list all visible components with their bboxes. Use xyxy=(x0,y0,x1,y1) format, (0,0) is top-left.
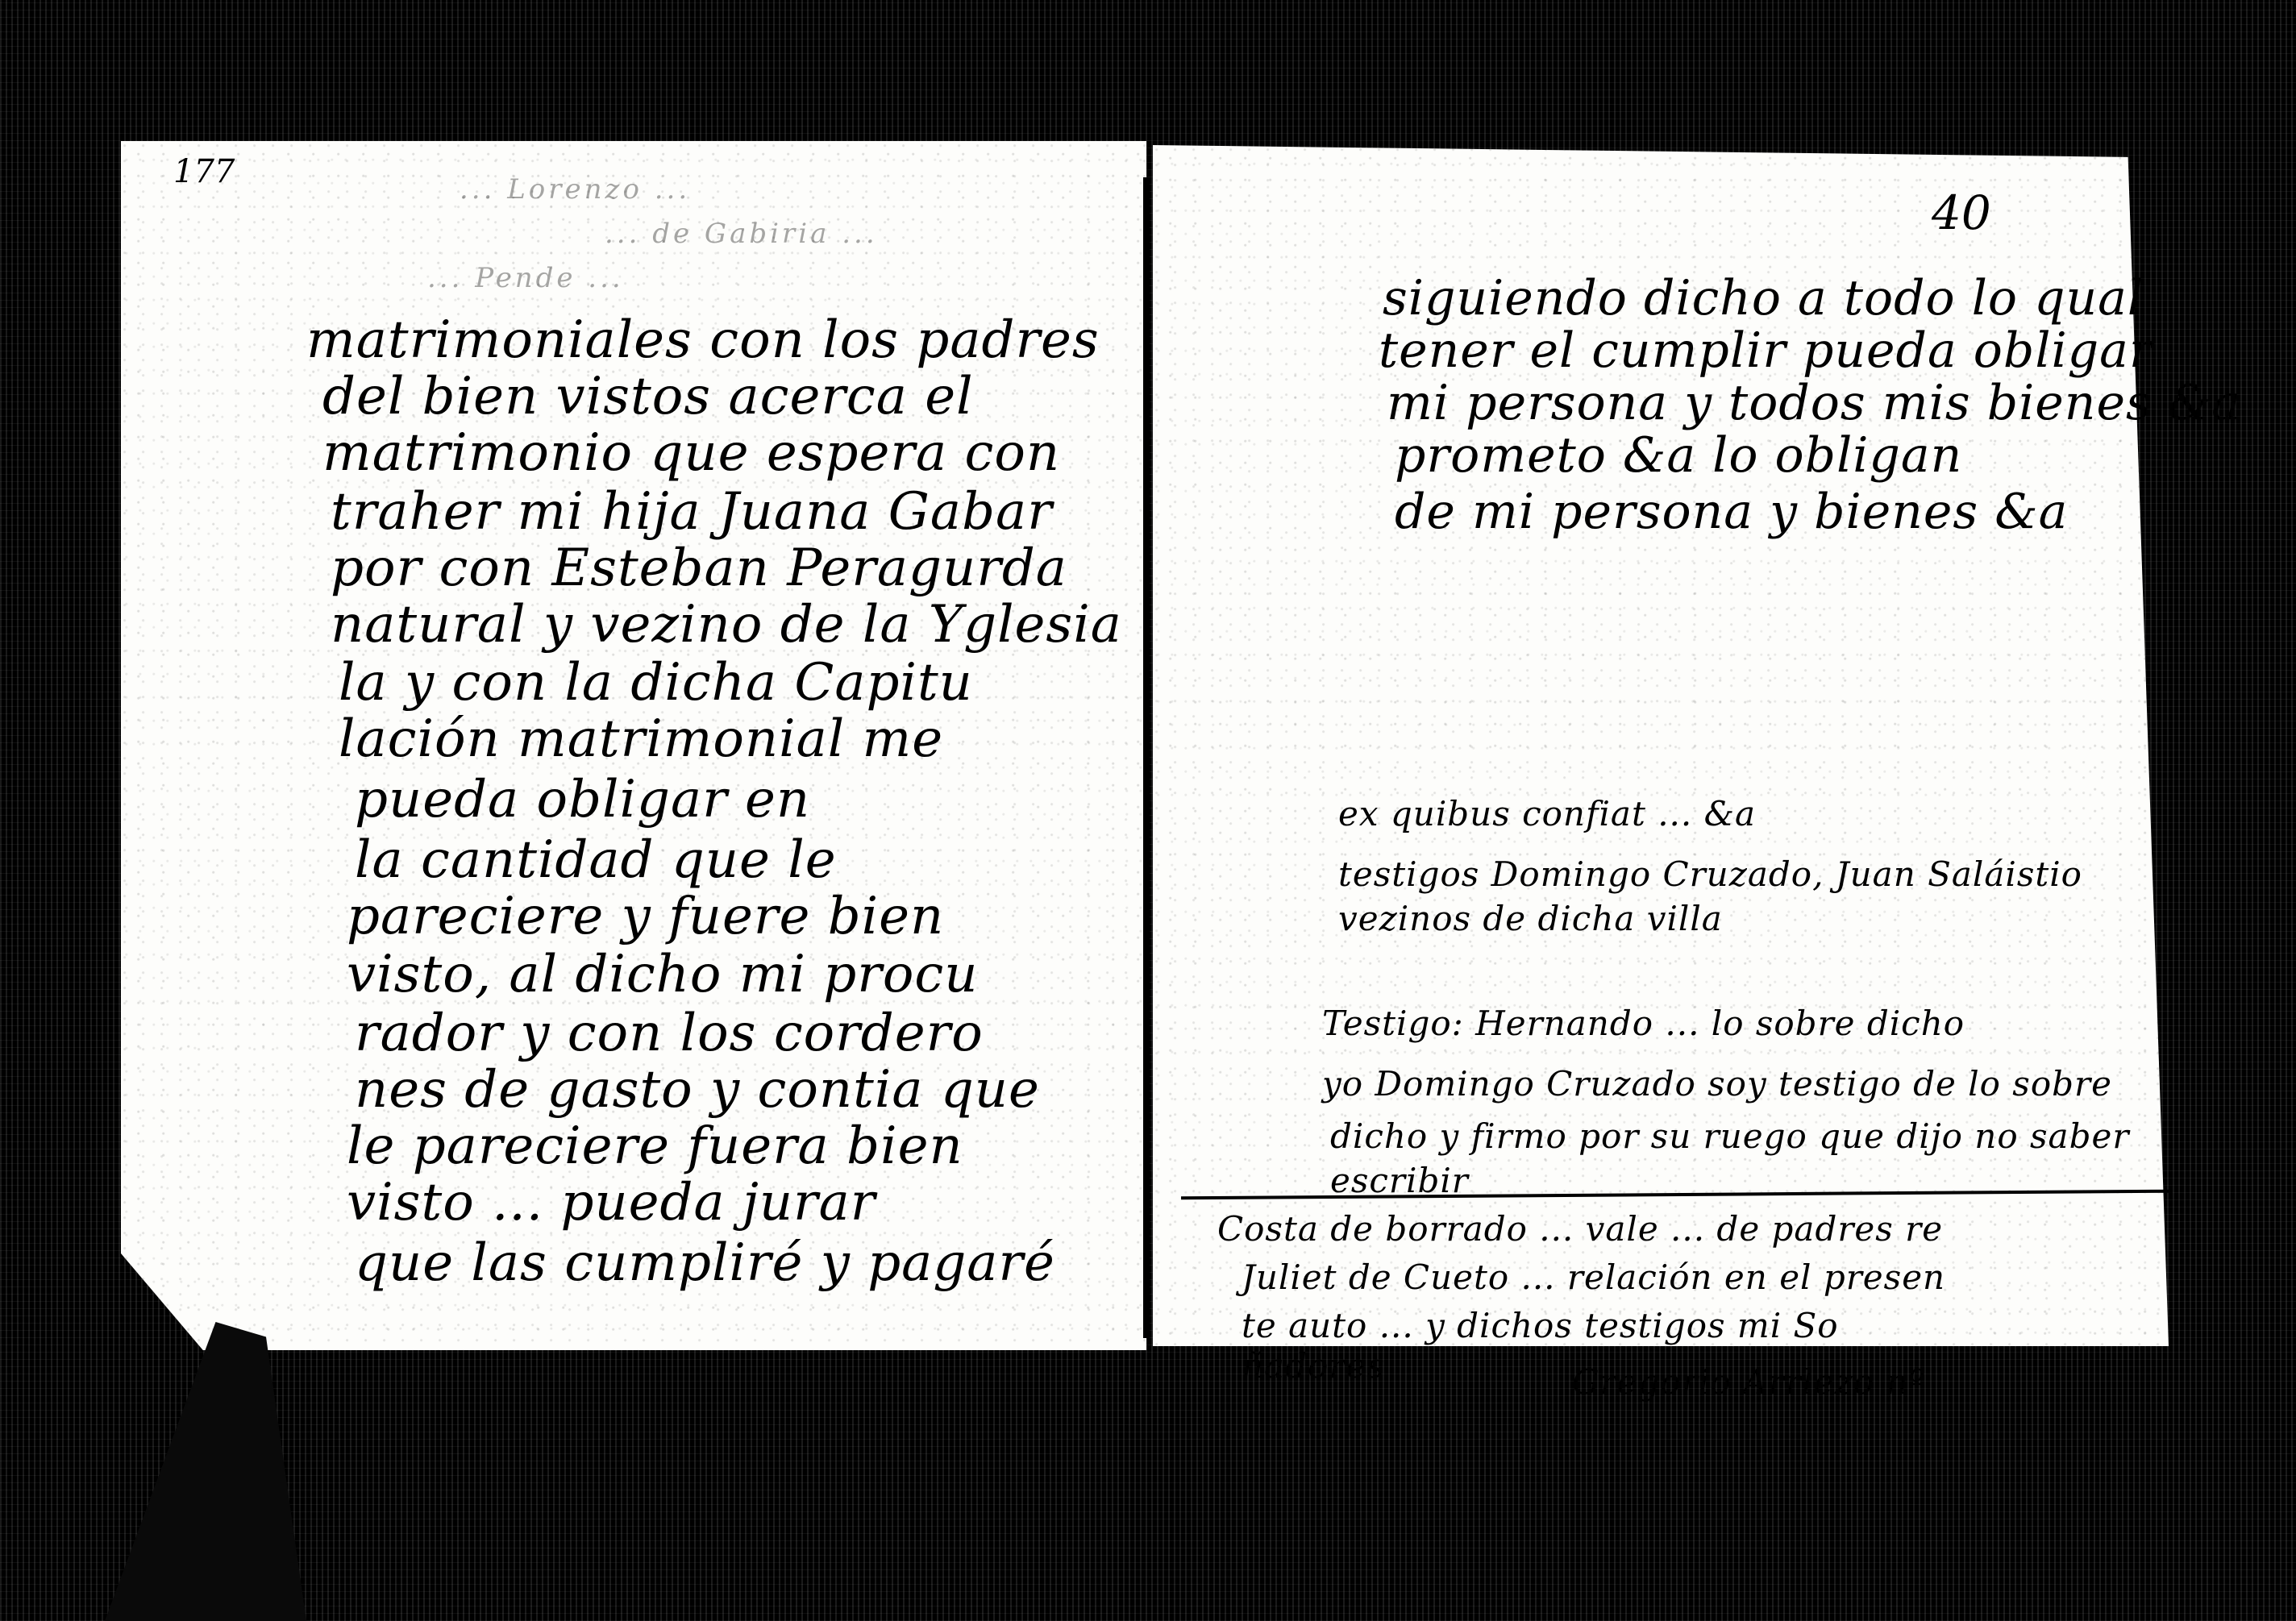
signature-line-3: dicho y firmo por su ruego que dijo no s… xyxy=(1330,1116,2129,1156)
right-line-3: mi persona y todos mis bienes &a xyxy=(1387,375,2241,431)
left-line-7: la y con la dicha Capitu xyxy=(339,653,973,713)
left-line-3: matrimonio que espera con xyxy=(322,423,1060,483)
left-line-9: pueda obligar en xyxy=(355,770,810,829)
left-line-17: que las cumpliré y pagaré xyxy=(355,1233,1055,1293)
left-line-8: lación matrimonial me xyxy=(339,709,943,769)
witness-line-1: ex quibus confiat ... &a xyxy=(1338,794,1756,833)
scan-background: ... Lorenzo ... ... de Gabiria ... ... P… xyxy=(0,0,2296,1621)
footer-line-3: te auto ... y dichos testigos mi So xyxy=(1242,1306,1839,1345)
witness-line-3: vezinos de dicha villa xyxy=(1338,899,1723,938)
left-line-11: pareciere y fuere bien xyxy=(347,887,944,946)
left-line-10: la cantidad que le xyxy=(355,830,837,890)
left-line-16: visto ... pueda jurar xyxy=(347,1173,876,1232)
page-number: 40 xyxy=(1932,185,1991,240)
bleed-through-text: ... Lorenzo ... xyxy=(460,173,690,206)
right-line-5: de mi persona y bienes &a xyxy=(1395,484,2068,540)
footer-line-2: Juliet de Cueto ... relación en el prese… xyxy=(1242,1257,1945,1297)
witness-line-2: testigos Domingo Cruzado, Juan Saláistio xyxy=(1338,854,2082,894)
bleed-through-text: ... Pende ... xyxy=(427,262,624,294)
bleed-through-text: ... de Gabiria ... xyxy=(605,218,878,250)
left-line-6: natural y vezino de la Yglesia xyxy=(331,595,1122,655)
right-line-4: prometo &a lo obligan xyxy=(1395,427,1962,484)
left-line-2: del bien vistos acerca el xyxy=(322,367,974,426)
right-line-1: siguiendo dicho a todo lo qual xyxy=(1383,270,2144,326)
corner-note: 177 xyxy=(173,153,235,190)
left-line-15: le pareciere fuera bien xyxy=(347,1116,963,1176)
footer-line-4: ñadores xyxy=(1242,1346,1385,1386)
notary-signature: Gregorio Arrlezo nº xyxy=(1572,1362,1925,1402)
left-line-5: por con Esteban Peragurda xyxy=(331,538,1067,598)
footer-line-1: Costa de borrado ... vale ... de padres … xyxy=(1217,1209,1943,1249)
left-line-13: rador y con los cordero xyxy=(355,1004,984,1063)
signature-line-2: yo Domingo Cruzado soy testigo de lo sob… xyxy=(1322,1064,2112,1104)
left-line-14: nes de gasto y contia que xyxy=(355,1060,1040,1120)
left-line-1: matrimoniales con los padres xyxy=(306,310,1100,370)
signature-line-1: Testigo: Hernando ... lo sobre dicho xyxy=(1322,1004,1965,1043)
left-line-12: visto, al dicho mi procu xyxy=(347,945,978,1004)
right-line-2: tener el cumplir pueda obligar xyxy=(1379,322,2153,379)
left-line-4: traher mi hija Juana Gabar xyxy=(331,482,1053,542)
book-gutter-line xyxy=(1143,177,1150,1338)
